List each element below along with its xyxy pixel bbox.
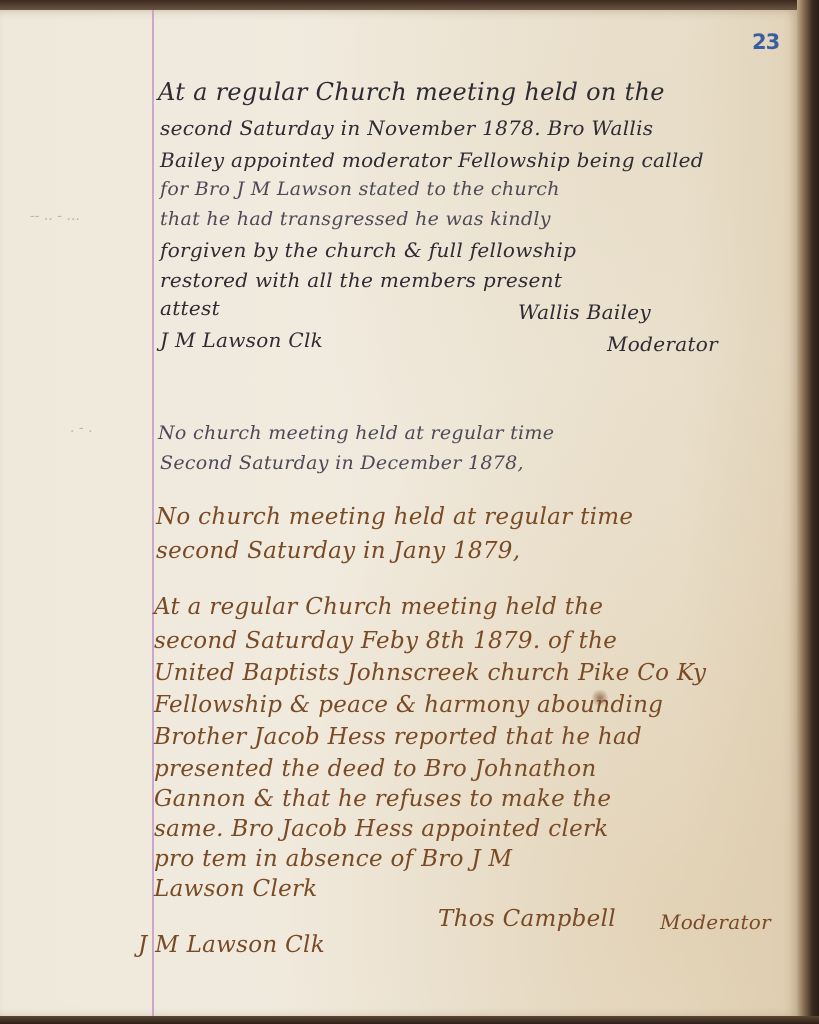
margin-ghost-mark: -- .. - ... <box>30 208 80 224</box>
book-page-edges <box>797 0 819 1024</box>
entry-line: Lawson Clerk <box>154 876 318 902</box>
clerk-signature: J M Lawson Clk <box>160 328 323 352</box>
entry-line: same. Bro Jacob Hess appointed clerk <box>154 816 609 842</box>
moderator-signature: Thos Campbell <box>438 906 616 932</box>
attest-label: attest <box>160 296 220 320</box>
ledger-page: 23 -- .. - ... . - . At a regular Church… <box>0 10 800 1018</box>
moderator-title: Moderator <box>660 910 771 934</box>
entry-line: that he had transgressed he was kindly <box>160 208 551 230</box>
entry-line: second Saturday Feby 8th 1879. of the <box>154 628 617 654</box>
book-bottom-edge <box>0 1016 819 1024</box>
book-top-edge <box>0 0 819 10</box>
entry-line: second Saturday in Jany 1879, <box>156 538 520 564</box>
entry-line: for Bro J M Lawson stated to the church <box>160 178 560 200</box>
entry-line: At a regular Church meeting held the <box>154 594 603 620</box>
entry-line: United Baptists Johnscreek church Pike C… <box>154 660 706 686</box>
entry-line: Bailey appointed moderator Fellowship be… <box>160 148 704 172</box>
entry-line: No church meeting held at regular time <box>158 422 554 444</box>
entry-line: At a regular Church meeting held on the <box>158 78 665 106</box>
moderator-signature: Wallis Bailey <box>518 300 651 324</box>
margin-ghost-mark: . - . <box>70 420 93 436</box>
clerk-signature: J M Lawson Clk <box>138 932 325 958</box>
entry-line: No church meeting held at regular time <box>156 504 633 530</box>
entry-line: Fellowship & peace & harmony abounding <box>154 692 663 718</box>
page-number-stamp: 23 <box>752 30 779 54</box>
entry-line: forgiven by the church & full fellowship <box>160 238 576 262</box>
entry-line: presented the deed to Bro Johnathon <box>154 756 596 782</box>
entry-line: restored with all the members present <box>160 268 562 292</box>
entry-line: Brother Jacob Hess reported that he had <box>154 724 642 750</box>
entry-line: Gannon & that he refuses to make the <box>154 786 611 812</box>
entry-line: Second Saturday in December 1878, <box>160 452 524 474</box>
entry-line: second Saturday in November 1878. Bro Wa… <box>160 116 653 140</box>
entry-line: pro tem in absence of Bro J M <box>154 846 512 872</box>
moderator-title: Moderator <box>607 332 718 356</box>
ink-stain <box>592 688 608 708</box>
